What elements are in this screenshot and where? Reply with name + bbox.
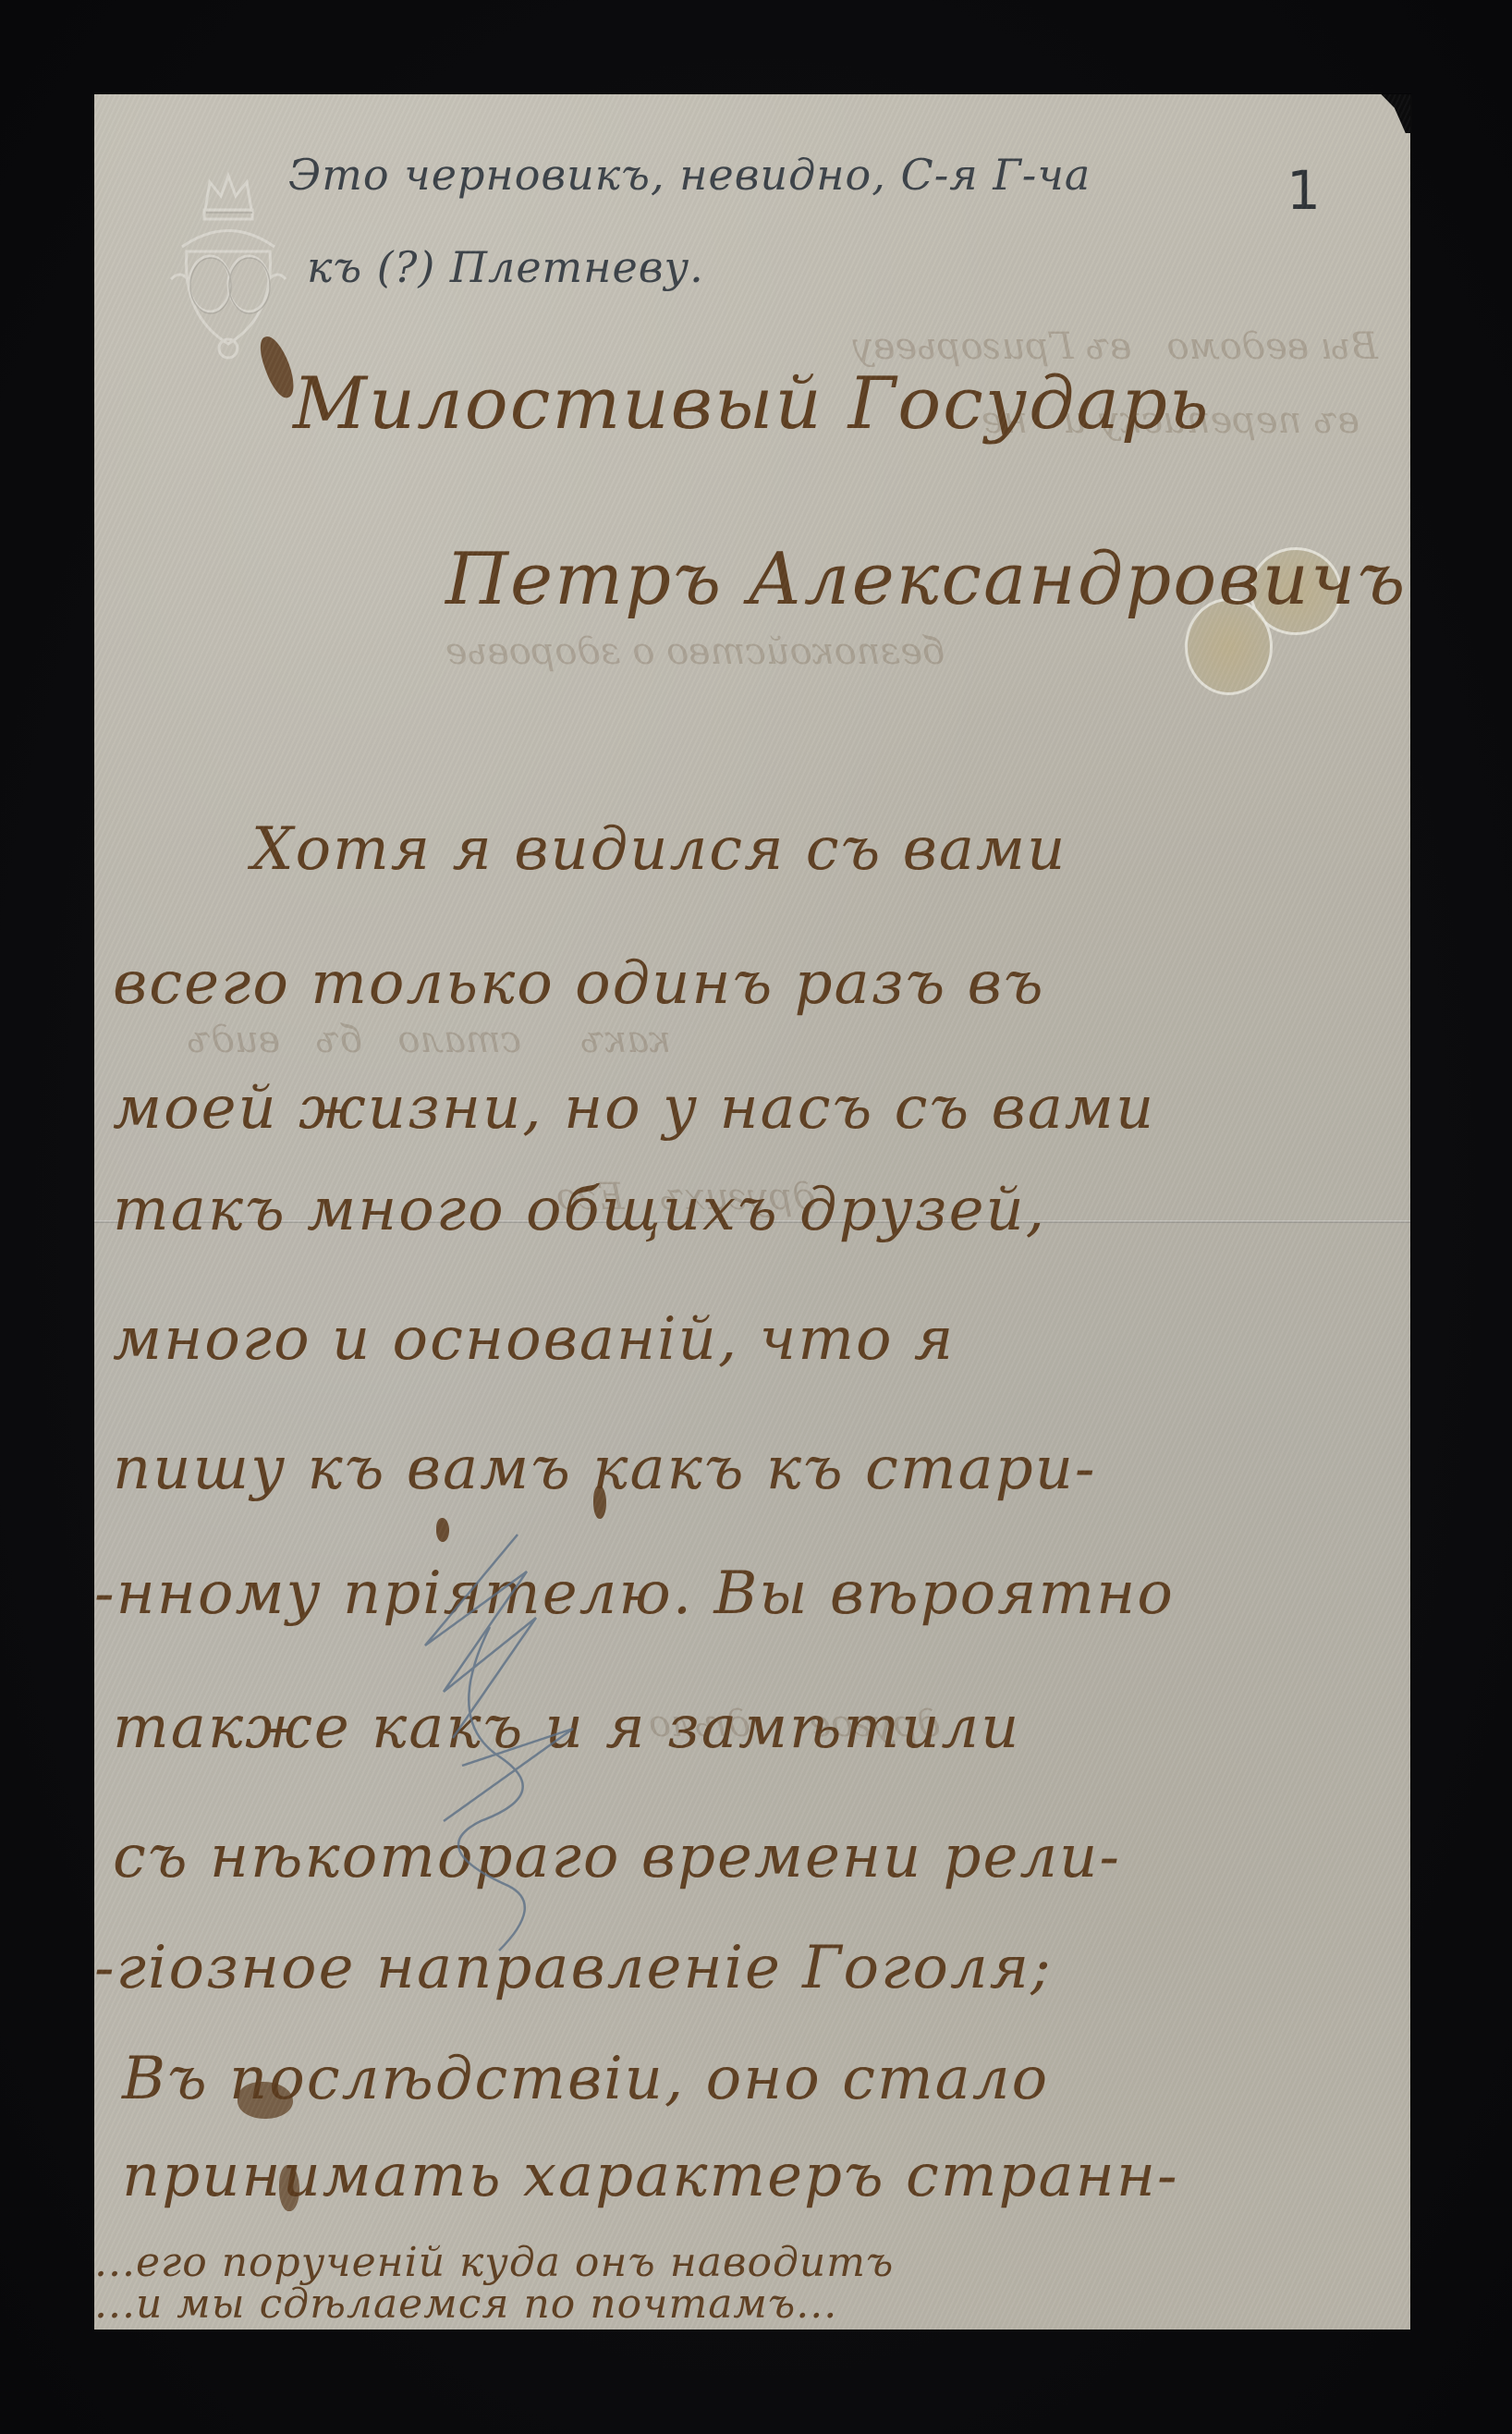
footer-line: ...и мы сдѣлаемся по почтамъ... — [94, 2281, 837, 2328]
salutation-line-1: Милостивый Государь — [293, 362, 1210, 446]
body-line: много и основаній, что я — [113, 1305, 955, 1374]
folio-number: 1 — [1286, 159, 1321, 222]
embossed-crest-icon — [164, 159, 293, 362]
ink-blot — [593, 1486, 606, 1519]
body-line: всего только одинъ разъ въ — [113, 949, 1045, 1018]
archival-note-line-1: Это черновикъ, невидно, С-я Г-ча — [288, 150, 1091, 200]
salutation-line-2: Петръ Александровичъ — [445, 538, 1407, 621]
bleed-through-text: какъ стало бъ видъ — [187, 1019, 671, 1061]
blue-pencil-scribble-icon — [388, 1516, 647, 1960]
letter-sheet: Вы ведомо въ Григорьеву въ переписку и н… — [94, 94, 1410, 2330]
bleed-through-text: безпокойство о здоровье — [445, 630, 945, 673]
body-line: моей жизни, но у насъ съ вами — [113, 1074, 1155, 1143]
ink-blot — [279, 2165, 299, 2211]
body-line: Хотя я видился съ вами — [251, 815, 1067, 884]
body-line: такъ много общихъ друзей, — [113, 1176, 1046, 1244]
ink-blot — [238, 2082, 293, 2119]
footer-line: ...его порученій куда онъ наводитъ — [94, 2239, 894, 2286]
torn-corner — [1368, 94, 1412, 133]
archival-note-line-2: къ (?) Плетневу. — [307, 242, 704, 292]
